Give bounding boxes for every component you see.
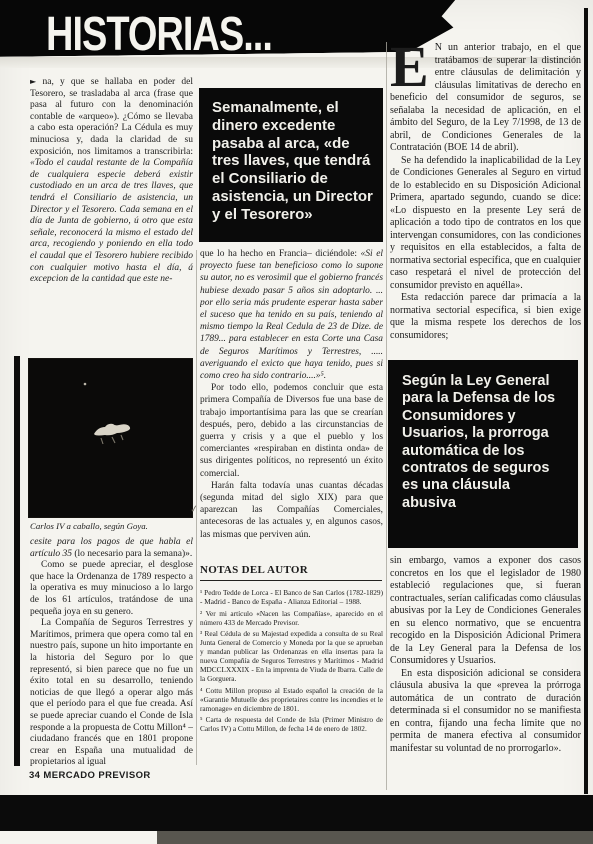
bottom-gray-strip	[157, 831, 593, 844]
magazine-page: HISTORIAS... ► na, y que se hallaba en p…	[0, 0, 593, 844]
right-page-edge-bar	[584, 8, 588, 794]
body-paragraph: Como se puede apreciar, el desglose que …	[30, 560, 193, 618]
body-paragraph: Por todo ello, podemos concluir que esta…	[200, 382, 383, 480]
horse-rider-figure-icon	[28, 358, 193, 518]
body-paragraph: En esta disposición adicional se conside…	[390, 668, 581, 756]
body-paragraph: Se ha defendido la inaplicabilidad de la…	[390, 155, 581, 293]
goya-painting-image	[28, 358, 193, 518]
pullquote-box-clausula: Según la Ley General para la Defensa de …	[388, 360, 578, 548]
left-column-text-bottom: cesite para los pagos de que habla el ar…	[30, 537, 193, 767]
paragraph-text: na, y que se hallaba en poder del Tesore…	[30, 77, 193, 157]
paragraph-text: (lo necesario para la semana)».	[74, 549, 192, 559]
note-item: ⁴ Cottu Millon propuso al Estado español…	[200, 686, 383, 713]
bottom-black-bar	[0, 795, 593, 831]
body-paragraph: ► na, y que se hallaba en poder del Teso…	[30, 76, 193, 286]
body-paragraph: Harán falta todavía unas cuantas décadas…	[200, 480, 383, 541]
continuation-arrow-icon: ►	[30, 77, 42, 86]
author-notes-list: ¹ Pedro Tedde de Lorca - El Banco de San…	[200, 588, 383, 766]
pullquote-text: Según la Ley General para la Defensa de …	[402, 373, 555, 511]
pullquote-box-arca: Semanalmente, el dinero excedente pasaba…	[199, 88, 383, 242]
quoted-ordinance-text: «Todo el caudal restante de la Compañía …	[30, 158, 193, 284]
right-column-text-top: EN un anterior trabajo, en el que tratáb…	[390, 42, 581, 356]
body-paragraph: cesite para los pagos de que habla el ar…	[30, 537, 193, 560]
dropcap: E	[390, 44, 429, 90]
page-number-footer: 34 MERCADO PREVISOR	[29, 770, 151, 781]
body-paragraph: La Compañía de Seguros Terrestres y Marí…	[30, 618, 193, 767]
note-item: ³ Real Cédula de su Majestad expedida a …	[200, 629, 383, 683]
quoted-letter-text: «Si el proyecto fuese tan beneficioso co…	[200, 249, 383, 381]
margin-pencil-mark: ✓	[189, 503, 202, 515]
column-divider-right	[386, 42, 387, 790]
body-paragraph: que lo ha hecho en Francia– diciéndole: …	[200, 248, 383, 382]
left-column-text-top: ► na, y que se hallaba en poder del Teso…	[30, 76, 193, 358]
middle-column-text: que lo ha hecho en Francia– diciéndole: …	[200, 248, 383, 560]
body-paragraph: Esta redacción parece dar primacía a la …	[390, 292, 581, 342]
notes-heading: NOTAS DEL AUTOR	[200, 564, 382, 581]
note-item: ² Ver mi artículo «Nacen las Compañías»,…	[200, 609, 383, 627]
paragraph-text: que lo ha hecho en Francia– diciéndole:	[200, 249, 361, 259]
body-paragraph: EN un anterior trabajo, en el que tratáb…	[390, 42, 581, 155]
body-paragraph: sin embargo, vamos a exponer dos casos c…	[390, 555, 581, 668]
right-column-text-bottom: sin embargo, vamos a exponer dos casos c…	[390, 555, 581, 793]
bottom-white-strip	[0, 831, 157, 844]
pullquote-text: Semanalmente, el dinero excedente pasaba…	[212, 99, 373, 223]
note-item: ¹ Pedro Tedde de Lorca - El Banco de San…	[200, 588, 383, 606]
note-item: ⁵ Carta de respuesta del Conde de Isla (…	[200, 715, 383, 733]
painting-caption: Carlos IV a caballo, según Goya.	[30, 521, 200, 531]
left-page-edge-bar	[14, 356, 20, 766]
page-title: HISTORIAS...	[46, 8, 272, 63]
